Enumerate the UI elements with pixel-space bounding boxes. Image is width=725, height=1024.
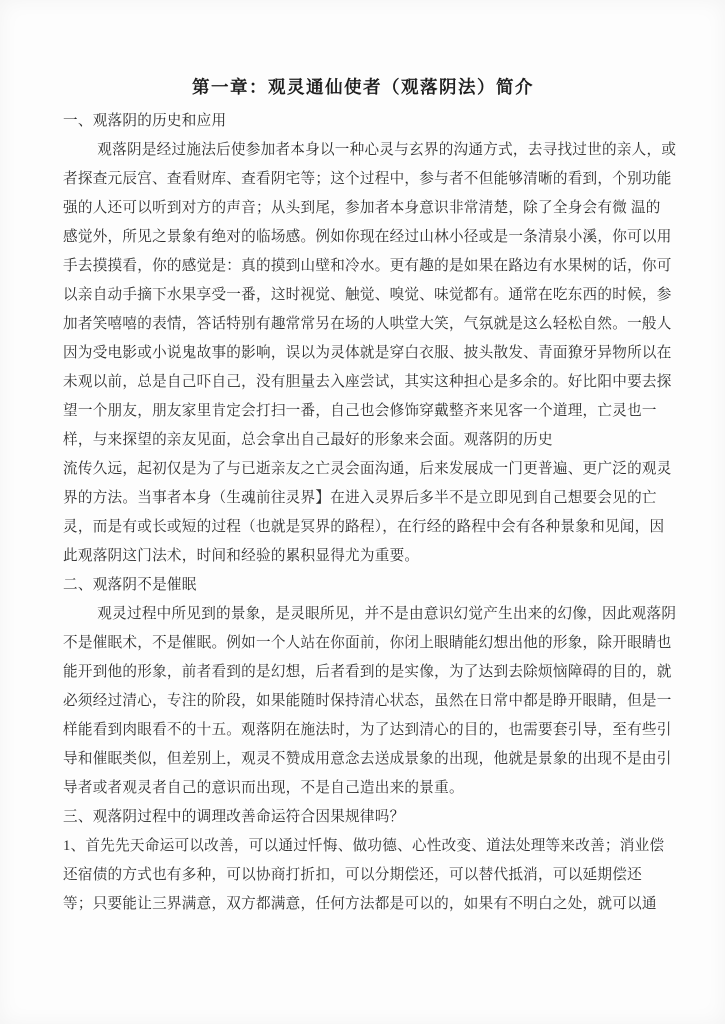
text-line: 手去摸摸看，你的感觉是：真的摸到山壁和冷水。更有趣的是如果在路边有水果树的话，你… [63,252,663,281]
text-line: 能开到他的形象，前者看到的是幻想，后者看到的是实像，为了达到去除烦恼障碍的目的，… [63,658,663,687]
text-line: 望一个朋友，朋友家里肯定会打扫一番，自己也会修饰穿戴整齐来见客一个道理，亡灵也一 [63,397,663,426]
text-line: 加者笑嘻嘻的表情，答话特别有趣常常另在场的人哄堂大笑，气氛就是这么轻松自然。一般… [63,310,663,339]
text-line: 观灵过程中所见到的景象，是灵眼所见，并不是由意识幻觉产生出来的幻像，因此观落阴 [63,600,663,629]
text-line: 导和催眠类似，但差别上，观灵不赞成用意念去送成景象的出现，他就是景象的出现不是由… [63,745,663,774]
text-line: 感觉外，所见之景象有绝对的临场感。例如你现在经过山林小径或是一条清泉小溪，你可以… [63,223,663,252]
text-line: 因为受电影或小说鬼故事的影响，误以为灵体就是穿白衣服、披头散发、青面獠牙异物所以… [63,339,663,368]
text-line: 不是催眠术，不是催眠。例如一个人站在你面前，你闭上眼睛能幻想出他的形象，除开眼睛… [63,629,663,658]
section-heading: 一、观落阴的历史和应用 [63,107,663,136]
text-line: 1、首先先天命运可以改善，可以通过忏悔、做功德、心性改变、道法处理等来改善；消业… [63,832,663,861]
text-line: 等；只要能让三界满意，双方都满意，任何方法都是可以的，如果有不明白之处，就可以通 [63,890,663,919]
text-line: 样能看到肉眼看不的十五。观落阴在施法时，为了达到清心的目的，也需要套引导，至有些… [63,716,663,745]
text-line: 样，与来探望的亲友见面，总会拿出自己最好的形象来会面。观落阴的历史 [63,426,663,455]
section-heading: 三、观落阴过程中的调理改善命运符合因果规律吗？ [63,803,663,832]
text-line: 流传久远，起初仅是为了与已逝亲友之亡灵会面沟通，后来发展成一门更普遍、更广泛的观… [63,455,663,484]
text-line: 界的方法。当事者本身（生魂前往灵界】在进入灵界后多半不是立即见到自己想要会见的亡 [63,484,663,513]
document-page: 第一章：观灵通仙使者（观落阴法）简介 一、观落阴的历史和应用观落阴是经过施法后使… [0,0,725,1024]
text-line: 观落阴是经过施法后使参加者本身以一种心灵与玄界的沟通方式，去寻找过世的亲人，或 [63,136,663,165]
text-line: 以亲自动手摘下水果享受一番，这时视觉、触觉、嗅觉、味觉都有。通常在吃东西的时候，… [63,281,663,310]
document-body: 一、观落阴的历史和应用观落阴是经过施法后使参加者本身以一种心灵与玄界的沟通方式，… [63,107,663,919]
section-heading: 二、观落阴不是催眠 [63,571,663,600]
text-line: 必须经过清心，专注的阶段，如果能随时保持清心状态，虽然在日常中都是睁开眼睛，但是… [63,687,663,716]
text-line: 强的人还可以听到对方的声音；从头到尾，参加者本身意识非常清楚，除了全身会有微 温… [63,194,663,223]
text-line: 导者或者观灵者自己的意识而出现，不是自己造出来的景重。 [63,774,663,803]
text-line: 还宿债的方式也有多种，可以协商打折扣，可以分期偿还，可以替代抵消，可以延期偿还 [63,861,663,890]
text-line: 此观落阴这门法术，时间和经验的累积显得尤为重要。 [63,542,663,571]
text-line: 未观以前，总是自己吓自己，没有胆量去入座尝试，其实这种担心是多余的。好比阳中要去… [63,368,663,397]
chapter-title: 第一章：观灵通仙使者（观落阴法）简介 [63,74,663,100]
text-line: 者探查元辰宫、查看财库、查看阴宅等；这个过程中，参与者不但能够清晰的看到，个别功… [63,165,663,194]
text-line: 灵，而是有或长或短的过程（也就是冥界的路程），在行经的路程中会有各种景象和见闻，… [63,513,663,542]
